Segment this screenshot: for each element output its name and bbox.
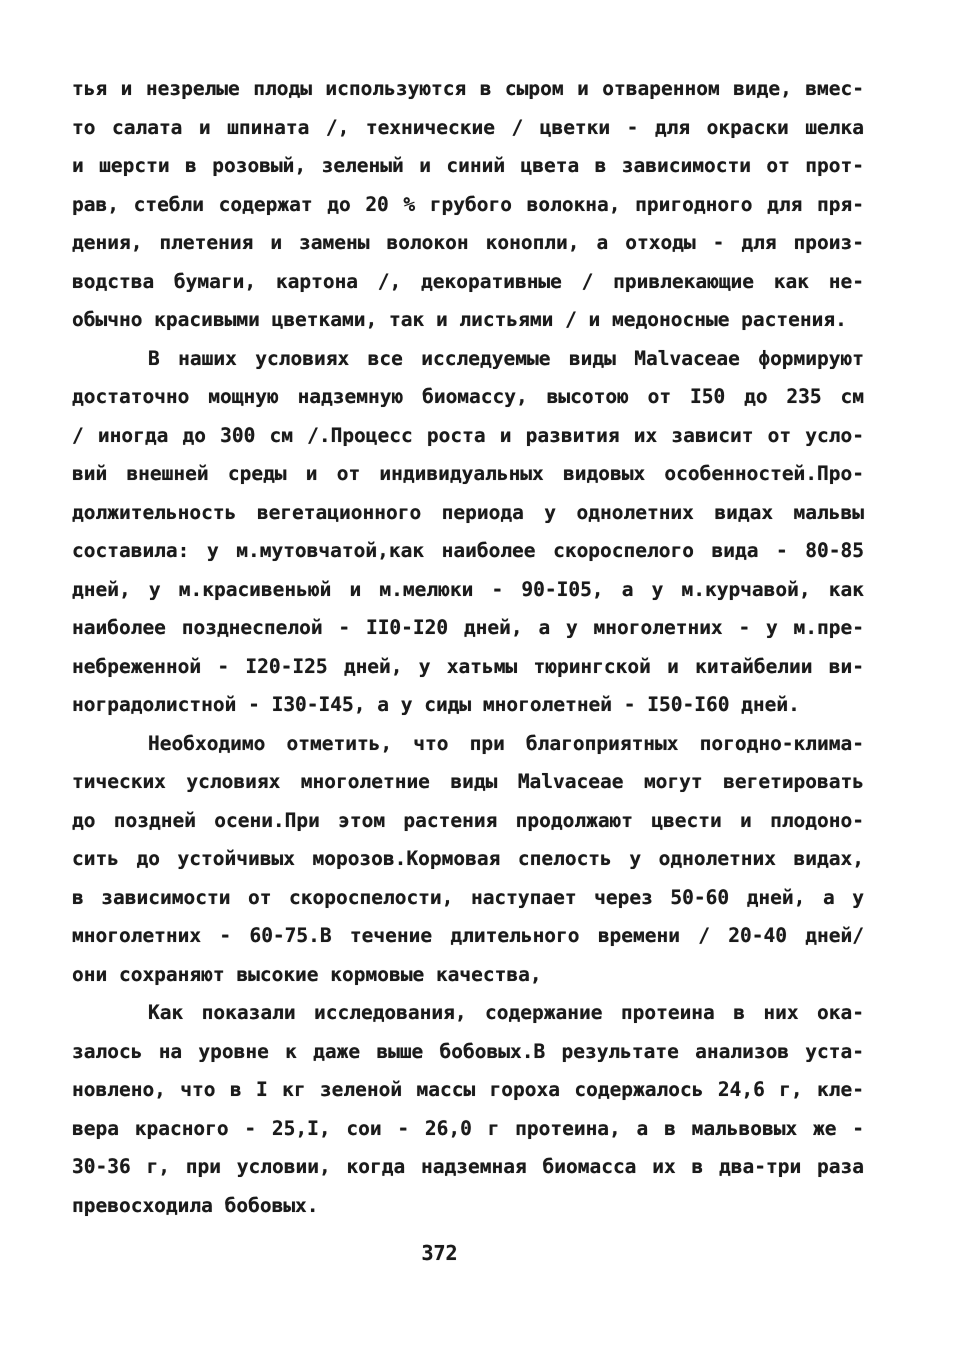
text-line: в зависимости от скороспелости, наступае… [72, 879, 864, 918]
text-line: ноградолистной - I30-I45, а у сиды много… [72, 686, 864, 725]
text-line: тических условиях многолетние виды Malva… [72, 763, 864, 802]
text-line: наиболее позднеспелой - II0-I20 дней, а … [72, 609, 864, 648]
text-line: то салата и шпината /, технические / цве… [72, 109, 864, 148]
text-line: обычно красивыми цветками, так и листьям… [72, 301, 864, 340]
text-line: В наших условиях все исследуемые виды Ma… [72, 340, 864, 379]
text-line: превосходила бобовых. [72, 1187, 864, 1226]
text-line: и шерсти в розовый, зеленый и синий цвет… [72, 147, 864, 186]
text-line: новлено, что в I кг зеленой массы гороха… [72, 1071, 864, 1110]
page-number: 372 [0, 1238, 919, 1268]
text-line: составила: у м.мутовчатой,как наиболее с… [72, 532, 864, 571]
text-line: водства бумаги, картона /, декоративные … [72, 263, 864, 302]
text-block: тья и незрелые плоды используются в сыро… [72, 70, 864, 1225]
text-line: многолетних - 60-75.В течение длительног… [72, 917, 864, 956]
text-line: тья и незрелые плоды используются в сыро… [72, 70, 864, 109]
text-line: до поздней осени.При этом растения продо… [72, 802, 864, 841]
text-line: 30-36 г, при условии, когда надземная би… [72, 1148, 864, 1187]
document-page: тья и незрелые плоды используются в сыро… [0, 0, 959, 1347]
text-line: Как показали исследования, содержание пр… [72, 994, 864, 1033]
text-line: вий внешней среды и от индивидуальных ви… [72, 455, 864, 494]
text-line: рав, стебли содержат до 20 % грубого вол… [72, 186, 864, 225]
text-line: сить до устойчивых морозов.Кормовая спел… [72, 840, 864, 879]
text-line: / иногда до 300 см /.Процесс роста и раз… [72, 417, 864, 456]
text-line: залось на уровне к даже выше бобовых.В р… [72, 1033, 864, 1072]
text-line: Необходимо отметить, что при благоприятн… [72, 725, 864, 764]
text-line: дней, у м.красивеньюй и м.мелюки - 90-I0… [72, 571, 864, 610]
text-line: дения, плетения и замены волокон конопли… [72, 224, 864, 263]
text-line: небреженной - I20-I25 дней, у хатьмы тюр… [72, 648, 864, 687]
text-line: они сохраняют высокие кормовые качества, [72, 956, 864, 995]
text-line: должительность вегетационного периода у … [72, 494, 864, 533]
text-line: достаточно мощную надземную биомассу, вы… [72, 378, 864, 417]
text-line: вера красного - 25,I, сои - 26,0 г проте… [72, 1110, 864, 1149]
